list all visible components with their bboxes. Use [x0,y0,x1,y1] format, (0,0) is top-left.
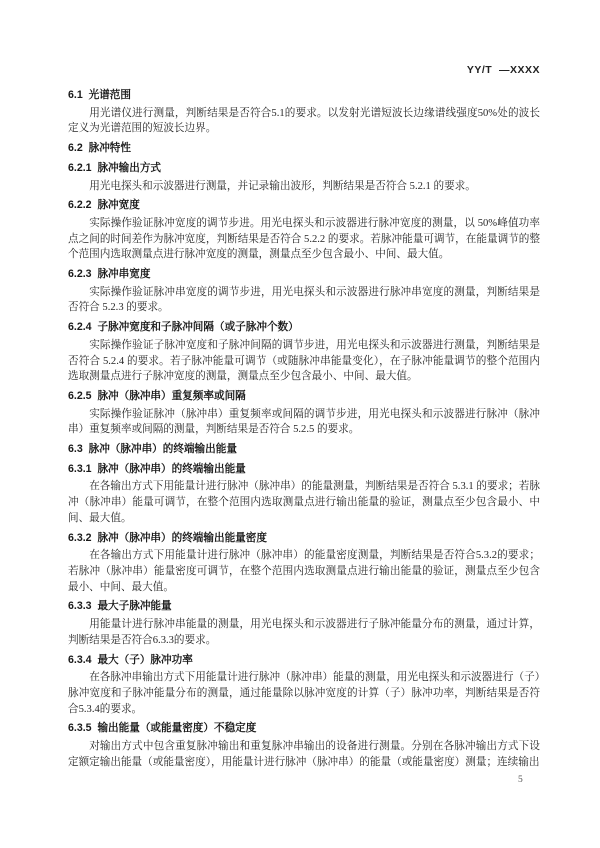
heading-6-3: 6.3 脉冲（脉冲串）的终端输出能量 [68,442,540,458]
heading-6-2-3: 6.2.3 脉冲串宽度 [68,267,540,283]
paragraph-6-2-3: 实际操作验证脉冲串宽度的调节步进，用光电探头和示波器进行脉冲串宽度的测量，判断结… [68,285,540,316]
paragraph-6-2-4: 实际操作验证子脉冲宽度和子脉冲间隔的调节步进，用光电探头和示波器进行测量，判断结… [68,338,540,385]
heading-6-2-5: 6.2.5 脉冲（脉冲串）重复频率或间隔 [68,389,540,405]
heading-6-2-1: 6.2.1 脉冲输出方式 [68,161,540,177]
heading-6-3-5: 6.3.5 输出能量（或能量密度）不稳定度 [68,721,540,737]
paragraph-6-3-5: 对输出方式中包含重复脉冲输出和重复脉冲串输出的设备进行测量。分别在各脉冲输出方式… [68,739,540,770]
document-body: 6.1 光谱范围 用光谱仪进行测量，判断结果是否符合5.1的要求。以发射光谱短波… [68,88,540,770]
heading-6-3-1: 6.3.1 脉冲（脉冲串）的终端输出能量 [68,462,540,478]
document-page: YY/T —XXXX 6.1 光谱范围 用光谱仪进行测量，判断结果是否符合5.1… [0,0,600,848]
heading-6-3-2: 6.3.2 脉冲（脉冲串）的终端输出能量密度 [68,531,540,547]
paragraph-6-3-4: 在各脉冲串输出方式下用能量计进行脉冲（脉冲串）能量的测量，用光电探头和示波器进行… [68,670,540,717]
paragraph-6-3-2: 在各输出方式下用能量计进行脉冲（脉冲串）的能量密度测量，判断结果是否符合5.3.… [68,548,540,595]
heading-6-3-4: 6.3.4 最大（子）脉冲功率 [68,653,540,669]
paragraph-6-2-2: 实际操作验证脉冲宽度的调节步进。用光电探头和示波器进行脉冲宽度的测量，以 50%… [68,216,540,263]
heading-6-2-4: 6.2.4 子脉冲宽度和子脉冲间隔（或子脉冲个数） [68,320,540,336]
paragraph-6-3-3: 用能量计进行脉冲串能量的测量，用光电探头和示波器进行子脉冲能量分布的测量，通过计… [68,617,540,648]
standard-number-header: YY/T —XXXX [68,64,540,76]
paragraph-6-2-1: 用光电探头和示波器进行测量，并记录输出波形，判断结果是否符合 5.2.1 的要求… [68,179,540,195]
paragraph-6-2-5: 实际操作验证脉冲（脉冲串）重复频率或间隔的调节步进，用光电探头和示波器进行脉冲（… [68,407,540,438]
paragraph-6-3-1: 在各输出方式下用能量计进行脉冲（脉冲串）的能量测量，判断结果是否符合 5.3.1… [68,479,540,526]
page-number: 5 [518,775,523,785]
heading-6-2: 6.2 脉冲特性 [68,141,540,157]
heading-6-2-2: 6.2.2 脉冲宽度 [68,198,540,214]
heading-6-1: 6.1 光谱范围 [68,88,540,104]
paragraph-6-1: 用光谱仪进行测量，判断结果是否符合5.1的要求。以发射光谱短波长边缘谱线强度50… [68,106,540,137]
heading-6-3-3: 6.3.3 最大子脉冲能量 [68,599,540,615]
